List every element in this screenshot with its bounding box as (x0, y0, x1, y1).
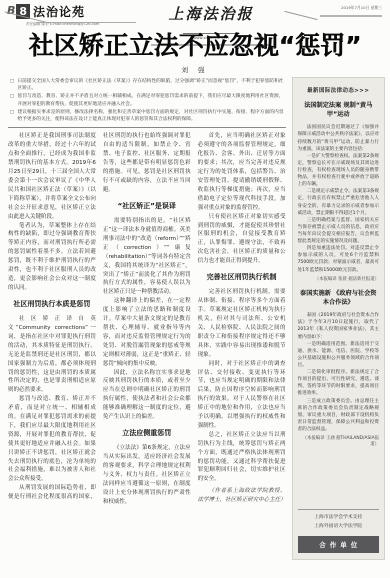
sidebar-paragraph: 二是简化审批程序。新法规定了合作项目的提出、可行性研究、遴选、谈判、签约等环节的… (298, 369, 380, 397)
sidebar-credit: （本报编译 张晨 据法新社报道） (298, 276, 380, 282)
body-paragraph: 《立法法》第6条规定，立法应当从实际出发，适应经济社会发展的客观要求，科学合理地… (103, 444, 191, 506)
newspaper-title: 上海法治报 (136, 3, 286, 24)
date-rule (320, 15, 382, 17)
sidebar-article-body: 法国国民议会近期通过了《加强并保障示威活动中公共秩序法案》，以应对持续数月的“黄… (298, 124, 380, 273)
body-paragraph: 惩罚与改造、教育、矫正并不矛盾，而是对立统一、相辅相成的。在满足对罪犯惩罚需求的… (8, 395, 96, 484)
sidebar: 最新国际法律动态>>> 法国制定法案 规制“黄马甲”运动 法国国民议会近期通过了… (292, 77, 386, 561)
partner-line: 上海外国语大学法学院 (298, 523, 380, 532)
section-name: 法治论苑 (33, 3, 85, 20)
body-paragraph: 完善社区刑罚执行机制，需要从体制、衔接、程序等多个方面着手。草案规定社区矫正机构… (198, 288, 286, 359)
date-line: 2019年7月10日 星期三 (286, 5, 382, 11)
body-paragraph: 只有使社区矫正对象切实感受到刑罚的威慑，才能促使其珍惜社区服刑的机会，自觉接受教… (198, 213, 286, 266)
sidebar-article-title: 泰国实施新 《政府与社会资本合作法》 (298, 289, 380, 308)
section-heading: “社区矫正”是误译 (103, 201, 191, 212)
author-note: （作者系上海政法学院教授、法学博士，社区矫正研究中心主任） (198, 487, 286, 505)
square-bullet-icon: □ (10, 93, 14, 108)
body-paragraph: 笔者认为，草案整体上存在结构性的缺陷，即过分强调教育帮扶等矫正内容，而对刑罚执行… (8, 222, 96, 293)
header-right: 2019年7月10日 星期三 (286, 3, 382, 17)
sidebar-paragraph: 三是成立政策委员会。由总理任主席的合作政策委员会负责制定战略规划、审议重大项目，… (298, 398, 380, 434)
body-paragraph: 同时，对于社区矫正中的调查评估、交付接收、变更执行等环节，也应当规定明确的期限和… (198, 360, 286, 431)
article-body: 社区矫正是我国刑事司法制度改革的重大举措，经过十六年的试点和全面推行，已经成为我… (8, 132, 286, 560)
article-headline: 社区矫正立法不应忽视“惩罚” (2, 32, 388, 61)
sidebar-paragraph: 泰国《2019年政府与社会资本合作法》于今年3月10日起施行，取代了2013年《… (298, 312, 380, 340)
sidebar-article-body: 泰国《2019年政府与社会资本合作法》于今年3月10日起施行，取代了2013年《… (298, 312, 380, 433)
sidebar-paragraph: 四是加重违法处罚。对违反禁止令参加示威的人员，可处6个月监禁和7500欧元罚款；… (298, 245, 380, 273)
horizontal-rule (36, 22, 136, 23)
section-heading: 立法应侧重惩罚 (103, 428, 191, 439)
partner-line: 上海市法学会学术支持 (298, 514, 380, 523)
content-row: □ 日前提交全国人大常委会审议的《社区矫正法（草案）》存在结构性的缺陷，过分强调… (0, 77, 390, 561)
partner-lines: 上海市法学会学术支持 上海外国语大学法学院 (298, 514, 380, 531)
summary-text: 惩罚与改造、教育、矫正并不矛盾且对立统一相辅相成。在满足对罪犯惩罚需求的前提下，… (17, 93, 283, 108)
sidebar-header: 最新国际法律动态>>> (298, 86, 380, 94)
body-paragraph: 社区矫正是我国刑事司法制度改革的重大举措，经过十六年的试点和全面推行，已经成为我… (8, 132, 96, 221)
summary-text: 日前提交全国人大常委会审议的《社区矫正法（草案）》存在结构性的缺陷，过分强调“矫… (17, 78, 283, 93)
summary-bullet: □ 建议根据实事求是的原则，修改法律名称，强化和完善草案中惩罚方面的规定，对社区… (10, 109, 284, 124)
body-paragraph: 社区矫正译自英文“Community corrections”一词，是指在社区中… (8, 315, 96, 395)
sidebar-article-title: 法国制定法案 规制“黄马甲”运动 (298, 101, 380, 120)
body-paragraph: 因此，立法名称宜实事求是地反映其刑罚执行的本质，或者至少应当在总则中明确社区矫正… (103, 369, 191, 422)
summary-box: □ 日前提交全国人大常委会审议的《社区矫正法（草案）》存在结构性的缺陷，过分强调… (8, 77, 286, 129)
body-paragraph: 总之，社区矫正立法应当以刑罚执行为主线，统筹惩罚与矫正两个方面，既通过严格执法体… (198, 431, 286, 484)
article-author: 刘 强 (0, 65, 390, 74)
body-paragraph: 需要特别指出的是，“社区矫正”这一译法本身就值得商榷。英美刑事司法中的“改造（r… (103, 217, 191, 297)
summary-text: 建议根据实事求是的原则，修改法律名称，强化和完善草案中惩罚方面的规定，对社区刑罚… (17, 109, 283, 124)
body-paragraph: 这种翻译上的偏差，在一定程度上影响了立法的思路和制度设计。草案中大量条文规定的是… (103, 297, 191, 368)
header-left: B 8 法治论苑 责任编辑 陈宏 E-mail:chenhong@126.com (6, 3, 136, 27)
body-paragraph: 首先，应当明确社区矫正对象必须遵守的各项监督管理规定，细化报告、会客、外出、迁居… (198, 132, 286, 212)
square-bullet-icon: □ (10, 109, 14, 124)
page-header: B 8 法治论苑 责任编辑 陈宏 E-mail:chenhong@126.com… (0, 0, 390, 29)
sidebar-paragraph: 一是扩大警察检查权。法案第2条规定，警察总长可在示威现场及其周边进行检查，有权检… (298, 153, 380, 189)
divider (298, 509, 380, 510)
square-bullet-icon: □ (10, 78, 14, 93)
summary-bullet: □ 惩罚与改造、教育、矫正并不矛盾且对立统一相辅相成。在满足对罪犯惩罚需求的前提… (10, 93, 284, 108)
diagonal-rule (284, 11, 317, 20)
sidebar-credit: （本报编译 王涵 据THAILAND/ASIA报道） (298, 435, 380, 447)
section-heading: 完善社区刑罚执行机制 (198, 272, 286, 283)
partner-label-bar: 合作单位 (298, 536, 380, 553)
newspaper-page: B 8 法治论苑 责任编辑 陈宏 E-mail:chenhong@126.com… (0, 0, 390, 578)
sidebar-paragraph: 二是规定示威禁止令。法案第3条规定，行政长官有权禁止严重危害他人人身安全的、有暴… (298, 188, 380, 216)
sidebar-footer: 上海市法学会学术支持 上海外国语大学法学院 合作单位 (298, 504, 380, 553)
sidebar-paragraph: 法国国民议会近期通过了《加强并保障示威活动中公共秩序法案》，以应对持续数月的“黄… (298, 124, 380, 152)
sidebar-paragraph: 三是明确档案与监督。国家机关应当保存被禁止示威人员的信息，政府应当每年向议会提交… (298, 217, 380, 245)
section-heading: 社区刑罚执行本质是惩罚 (8, 299, 96, 310)
summary-bullet: □ 日前提交全国人大常委会审议的《社区矫正法（草案）》存在结构性的缺陷，过分强调… (10, 78, 284, 93)
article-main: □ 日前提交全国人大常委会审议的《社区矫正法（草案）》存在结构性的缺陷，过分强调… (8, 77, 286, 561)
sidebar-paragraph: 一是明确适用范围。新法适用于交通、供水、能源、电信、医院、学校等公共基础设施和公… (298, 341, 380, 369)
